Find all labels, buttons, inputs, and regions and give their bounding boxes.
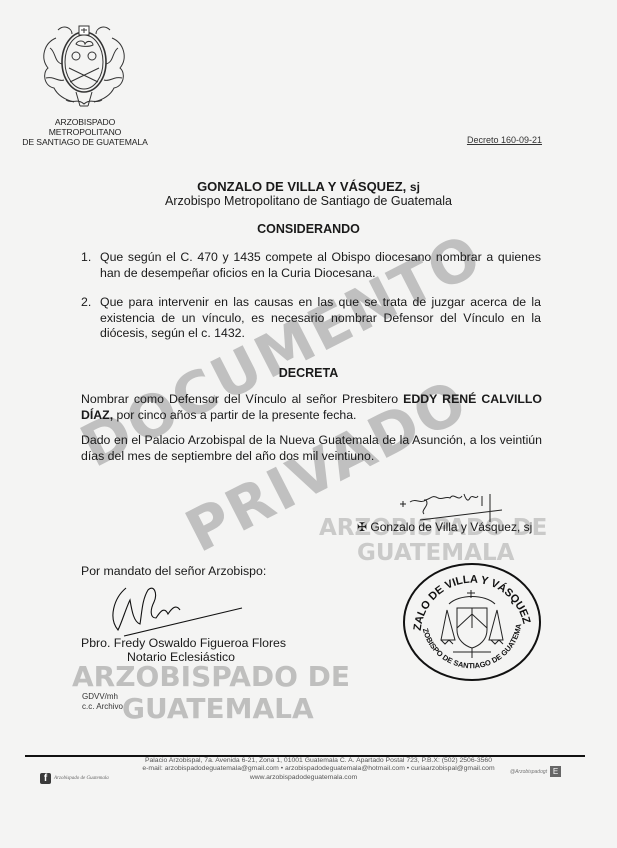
facebook-link[interactable]: f Arzobispado de Guatemala: [40, 773, 109, 784]
watermark-guatemala-bottom: GUATEMALA: [122, 692, 314, 725]
coat-of-arms-icon: [36, 18, 132, 110]
twitter-icon: E: [550, 766, 561, 777]
initials-text: GDVV/mh: [82, 692, 123, 702]
decree-paragraph: Nombrar como Defensor del Vínculo al señ…: [81, 392, 542, 423]
item-number: 2.: [81, 295, 100, 342]
decree-reference: Decreto 160-09-21: [467, 135, 542, 145]
item-text: Que según el C. 470 y 1435 compete al Ob…: [100, 250, 541, 281]
twitter-label: @Arzobispadogt: [510, 769, 547, 775]
cross-icon: ✠: [357, 520, 367, 534]
considerations-list: 1. Que según el C. 470 y 1435 compete al…: [81, 250, 541, 356]
item-text: Que para intervenir en las causas en las…: [100, 295, 541, 342]
organization-name: ARZOBISPADO METROPOLITANO DE SANTIAGO DE…: [18, 117, 152, 147]
archbishop-seal-icon: GONZALO DE VILLA Y VÁSQUEZ, S.J. ARZOBIS…: [399, 560, 545, 682]
notary-name: Pbro. Fredy Oswaldo Figueroa Flores: [81, 636, 286, 650]
decree-prefix: Nombrar como Defensor del Vínculo al señ…: [81, 392, 403, 406]
watermark-arzobispado-bottom: ARZOBISPADO DE: [72, 660, 350, 693]
facebook-label: Arzobispado de Guatemala: [54, 776, 109, 781]
footer-address: Palacio Arzobispal, 7a. Avenida 6-21, Zo…: [10, 757, 617, 765]
archbishop-signature-text: Gonzalo de Villa y Vásquez, sj: [370, 520, 532, 534]
archbishop-name-text: GONZALO DE VILLA Y VÁSQUEZ,: [197, 179, 406, 194]
by-order-label: Por mandato del señor Arzobispo:: [81, 564, 266, 578]
archbishop-signature-icon: [390, 484, 530, 524]
archbishop-signature-name: ✠ Gonzalo de Villa y Vásquez, sj: [357, 520, 532, 534]
item-number: 1.: [81, 250, 100, 281]
consideration-item: 2. Que para intervenir en las causas en …: [81, 295, 541, 342]
consideration-item: 1. Que según el C. 470 y 1435 compete al…: [81, 250, 541, 281]
org-name-line-1: ARZOBISPADO METROPOLITANO: [18, 117, 152, 137]
decree-suffix: por cinco años a partir de la presente f…: [113, 408, 356, 422]
seal-top-text: GONZALO DE VILLA Y VÁSQUEZ, S.J.: [399, 560, 532, 631]
heading-decreta: DECRETA: [0, 366, 617, 380]
reference-initials: GDVV/mh c.c. Archivo: [82, 692, 123, 712]
archbishop-role: Arzobispo Metropolitano de Santiago de G…: [0, 194, 617, 208]
facebook-icon: f: [40, 773, 51, 784]
svg-text:GONZALO DE VILLA Y VÁSQUEZ, S.: GONZALO DE VILLA Y VÁSQUEZ, S.J.: [399, 560, 532, 631]
notary-signature-icon: [96, 578, 246, 640]
heading-considerando: CONSIDERANDO: [0, 222, 617, 236]
org-name-line-2: DE SANTIAGO DE GUATEMALA: [18, 137, 152, 147]
given-paragraph: Dado en el Palacio Arzobispal de la Nuev…: [81, 433, 542, 464]
archbishop-name-suffix: sj: [410, 180, 420, 194]
twitter-link[interactable]: @Arzobispadogt E: [510, 766, 561, 777]
cc-text: c.c. Archivo: [82, 702, 123, 712]
archbishop-name: GONZALO DE VILLA Y VÁSQUEZ, sj: [0, 179, 617, 194]
notary-title: Notario Eclesiástico: [127, 650, 235, 664]
document-page: ARZOBISPADO METROPOLITANO DE SANTIAGO DE…: [0, 0, 617, 848]
